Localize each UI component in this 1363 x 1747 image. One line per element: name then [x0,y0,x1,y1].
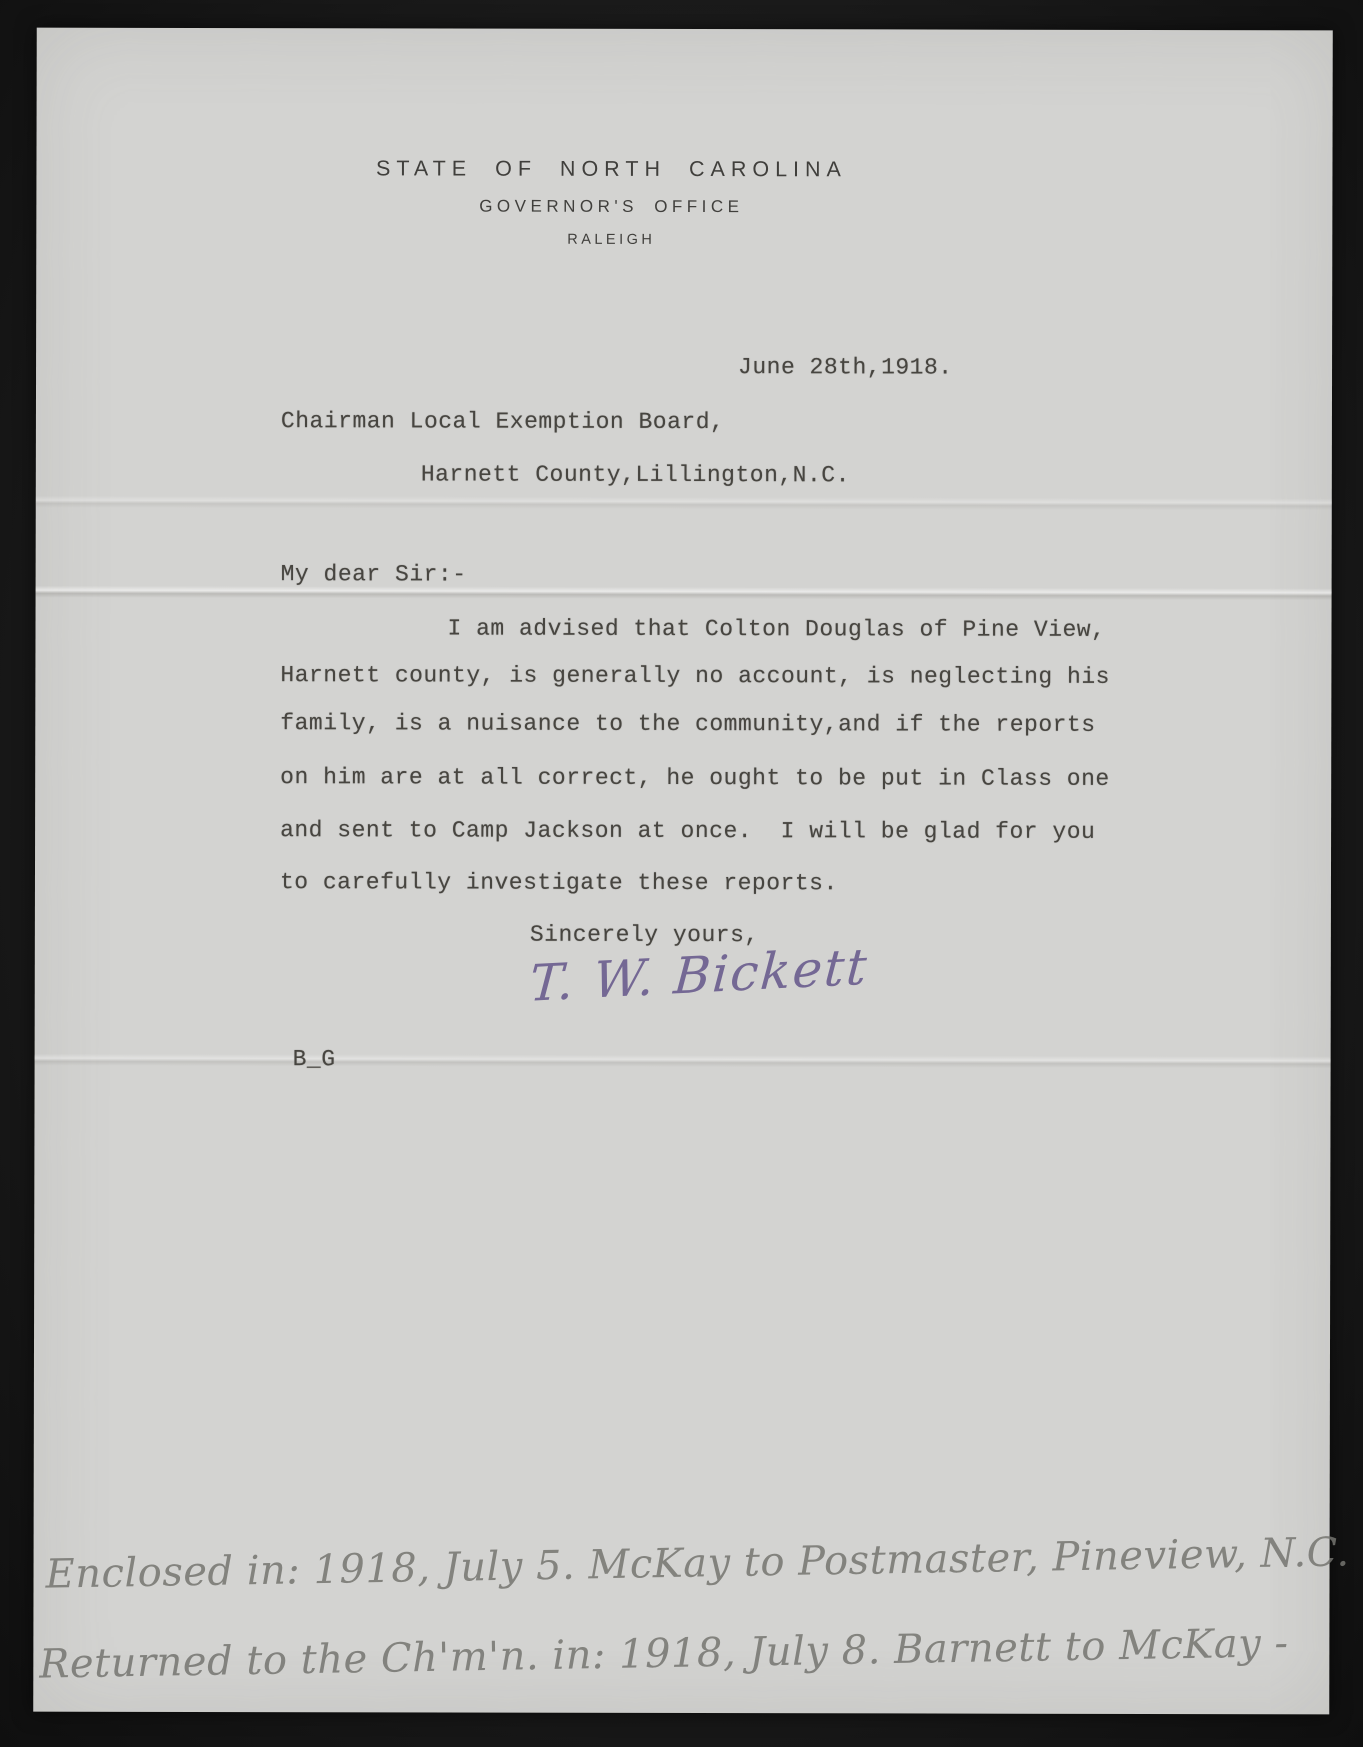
archival-annotation-line-1: Enclosed in: 1918, July 5. McKay to Post… [45,1529,1350,1597]
date-line: June 28th,1918. [738,354,953,380]
body-line: Harnett county, is generally no account,… [280,662,1110,690]
letterhead-office-line: GOVERNOR'S OFFICE [36,196,1186,218]
body-line: and sent to Camp Jackson at once. I will… [280,817,1095,845]
signature-handwritten: T. W. Bickett [528,938,871,1013]
salutation: My dear Sir:- [281,561,467,587]
body-line: I am advised that Colton Douglas of Pine… [447,616,1105,643]
letterhead: STATE OF NORTH CAROLINA GOVERNOR'S OFFIC… [36,156,1186,249]
recipient-line-2: Harnett County,Lillington,N.C. [421,461,850,488]
body-line: on him are at all correct, he ought to b… [280,764,1110,792]
paper-fold-crease-middle [36,586,1332,601]
body-line: family, is a nuisance to the community,a… [280,710,1095,738]
recipient-line-1: Chairman Local Exemption Board, [281,408,724,435]
paper-fold-crease-upper [36,496,1332,511]
archival-annotation-line-2: Returned to the Ch'm'n. in: 1918, July 8… [39,1620,1289,1687]
letter-page: STATE OF NORTH CAROLINA GOVERNOR'S OFFIC… [33,28,1333,1715]
reference-initials: B_G [293,1046,336,1072]
paper-fold-crease-lower [35,1054,1331,1069]
body-line: to carefully investigate these reports. [280,869,838,896]
letterhead-state-line: STATE OF NORTH CAROLINA [36,156,1186,183]
letterhead-city-line: RALEIGH [36,231,1186,249]
scan-background: STATE OF NORTH CAROLINA GOVERNOR'S OFFIC… [0,0,1363,1747]
